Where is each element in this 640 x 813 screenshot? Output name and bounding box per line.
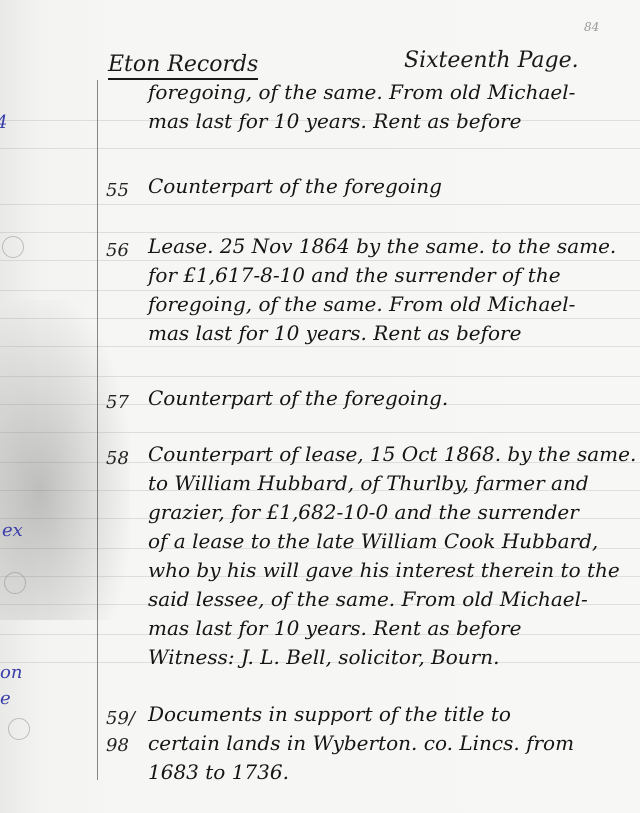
ruled-line [0,376,640,377]
text-line: for £1,617-8-10 and the surrender of the [148,261,638,290]
text-line: foregoing, of the same. From old Michael… [148,78,638,107]
margin-note: 4 [0,112,7,133]
ruled-line [0,432,640,433]
entry-number: 57 [106,392,129,413]
entry-58-text: Counterpart of lease, 15 Oct 1868. by th… [148,440,638,672]
punch-hole [2,236,24,258]
entry-59-98-text: Documents in support of the title to cer… [148,700,638,787]
page-label: Sixteenth Page. [404,48,579,73]
text-line: certain lands in Wyberton. co. Lincs. fr… [148,729,638,758]
text-line: grazier, for £1,682-10-0 and the surrend… [148,498,638,527]
entry-55-text: Counterpart of the foregoing [148,172,638,201]
ruled-line [0,204,640,205]
text-line: Lease. 25 Nov 1864 by the same. to the s… [148,232,638,261]
punch-hole [4,572,26,594]
ruled-line [0,148,640,149]
text-line: mas last for 10 years. Rent as before [148,614,638,643]
text-line: of a lease to the late William Cook Hubb… [148,527,638,556]
entry-number: 98 [106,735,129,756]
text-line: mas last for 10 years. Rent as before [148,107,638,136]
entry-number: 59/ [106,708,135,729]
text-line: Witness: J. L. Bell, solicitor, Bourn. [148,643,638,672]
text-line: Counterpart of the foregoing [148,172,638,201]
entry-56-text: Lease. 25 Nov 1864 by the same. to the s… [148,232,638,348]
margin-note: ex [2,520,23,541]
text-line: Documents in support of the title to [148,700,638,729]
text-line: said lessee, of the same. From old Micha… [148,585,638,614]
collection-title: Eton Records [108,52,258,80]
page-number: 84 [584,20,599,34]
punch-hole [8,718,30,740]
entry-57-text: Counterpart of the foregoing. [148,384,638,413]
entry-number: 58 [106,448,129,469]
text-line: to William Hubbard, of Thurlby, farmer a… [148,469,638,498]
text-line: who by his will gave his interest therei… [148,556,638,585]
margin-note: on [0,662,22,683]
text-line: foregoing, of the same. From old Michael… [148,290,638,319]
text-line: 1683 to 1736. [148,758,638,787]
text-line: mas last for 10 years. Rent as before [148,319,638,348]
text-line: Counterpart of lease, 15 Oct 1868. by th… [148,440,638,469]
document-page: 4 ex on e 84 Eton Records Sixteenth Page… [0,0,640,813]
text-line: Counterpart of the foregoing. [148,384,638,413]
margin-line [97,80,98,780]
entry-number: 55 [106,180,129,201]
entry-number: 56 [106,240,129,261]
margin-note: e [0,688,11,709]
continuation-text: foregoing, of the same. From old Michael… [148,78,638,136]
